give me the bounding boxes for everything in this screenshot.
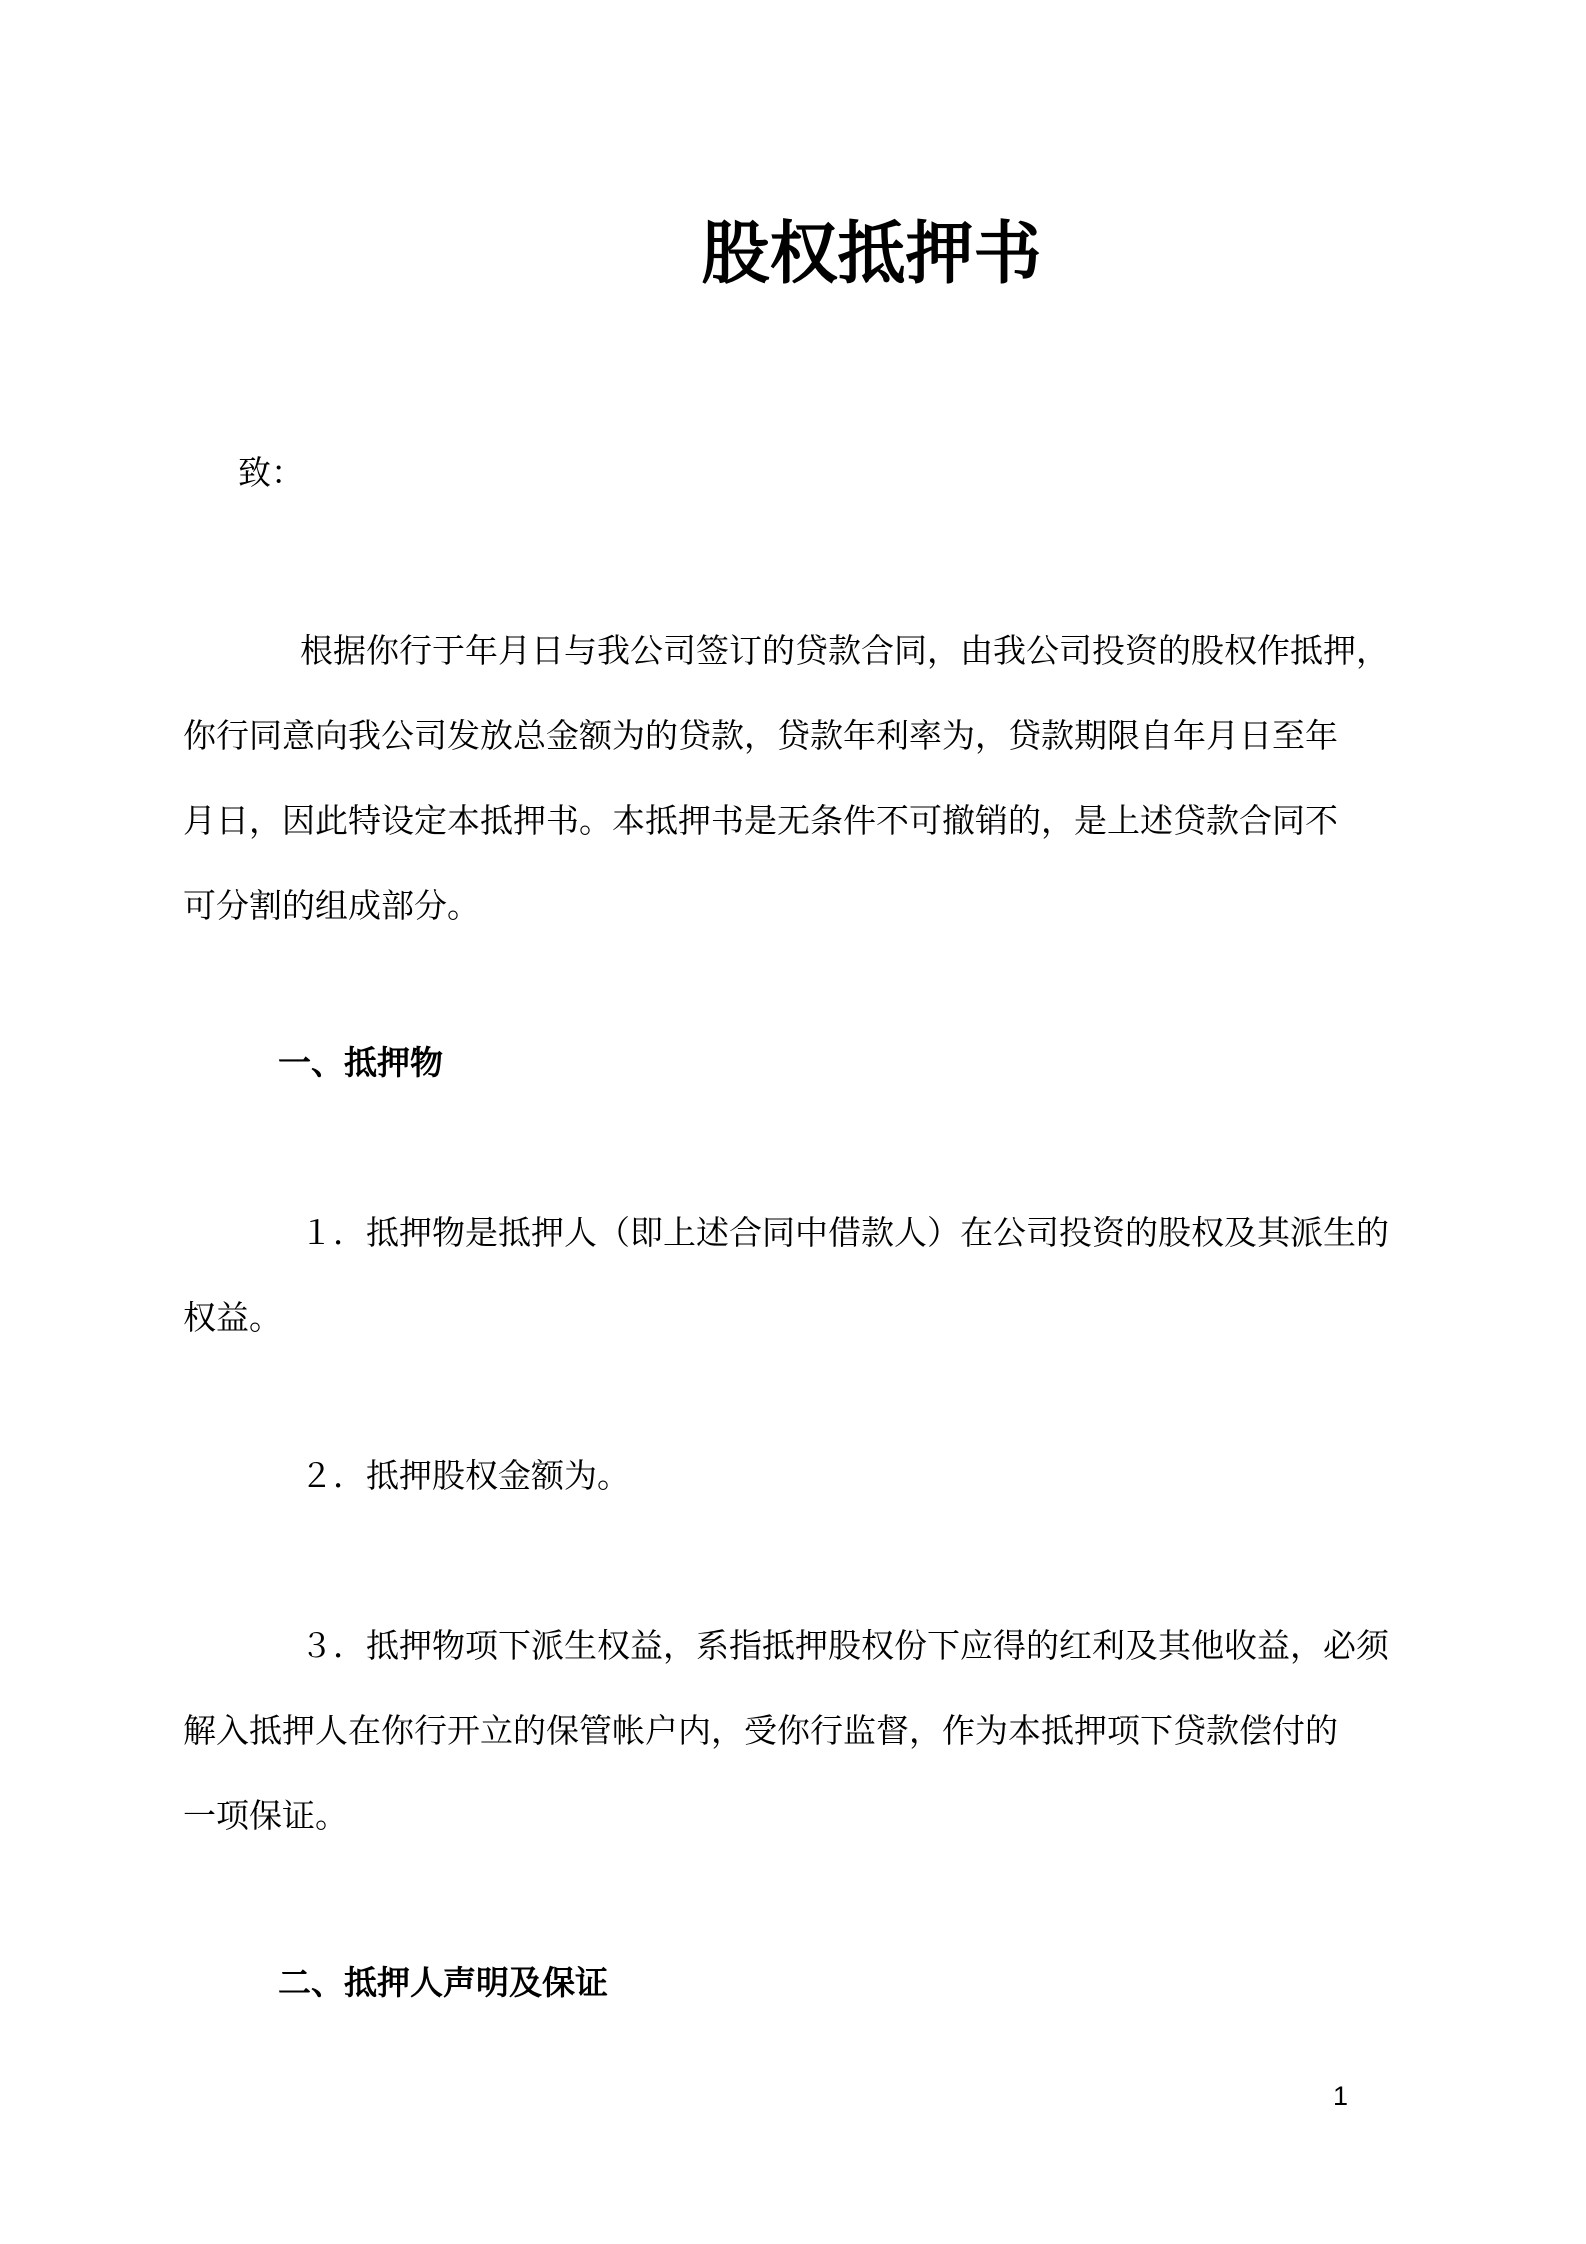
text-line: 解入抵押人在你行开立的保管帐户内，受你行监督，作为本抵押项下贷款偿付的 — [183, 1688, 1424, 1773]
paragraph-block: 根据你行于年月日与我公司签订的贷款合同，由我公司投资的股权作抵押，你行同意向我公… — [183, 608, 1424, 948]
salutation-block: 致： — [183, 430, 1424, 515]
section-heading: 一、抵押物 — [183, 1020, 1424, 1105]
section-heading: 二、抵押人声明及保证 — [183, 1940, 1424, 2025]
document-content: 股权抵押书 致：根据你行于年月日与我公司签订的贷款合同，由我公司投资的股权作抵押… — [183, 199, 1424, 2025]
paragraph-block: ２．抵押股权金额为。 — [183, 1433, 1424, 1518]
paragraph-block: ３．抵押物项下派生权益，系指抵押股权份下应得的红利及其他收益，必须解入抵押人在你… — [183, 1603, 1424, 1858]
text-line: 可分割的组成部分。 — [183, 863, 1424, 948]
text-line: 二、抵押人声明及保证 — [183, 1940, 1424, 2025]
text-line: ２．抵押股权金额为。 — [183, 1433, 1424, 1518]
text-line: 你行同意向我公司发放总金额为的贷款，贷款年利率为，贷款期限自年月日至年 — [183, 693, 1424, 778]
text-line: 致： — [183, 430, 1424, 515]
text-line: 一、抵押物 — [183, 1020, 1424, 1105]
text-line: 权益。 — [183, 1275, 1424, 1360]
text-line: 月日，因此特设定本抵押书。本抵押书是无条件不可撤销的，是上述贷款合同不 — [183, 778, 1424, 863]
document-page: 股权抵押书 致：根据你行于年月日与我公司签订的贷款合同，由我公司投资的股权作抵押… — [0, 0, 1586, 2244]
text-line: 一项保证。 — [183, 1773, 1424, 1858]
paragraph-block: １．抵押物是抵押人（即上述合同中借款人）在公司投资的股权及其派生的权益。 — [183, 1190, 1424, 1360]
document-body: 致：根据你行于年月日与我公司签订的贷款合同，由我公司投资的股权作抵押，你行同意向… — [183, 430, 1424, 2025]
text-line: １．抵押物是抵押人（即上述合同中借款人）在公司投资的股权及其派生的 — [183, 1190, 1424, 1275]
page-number: 1 — [1333, 2080, 1348, 2112]
document-title: 股权抵押书 — [183, 199, 1424, 309]
text-line: 根据你行于年月日与我公司签订的贷款合同，由我公司投资的股权作抵押， — [183, 608, 1424, 693]
text-line: ３．抵押物项下派生权益，系指抵押股权份下应得的红利及其他收益，必须 — [183, 1603, 1424, 1688]
